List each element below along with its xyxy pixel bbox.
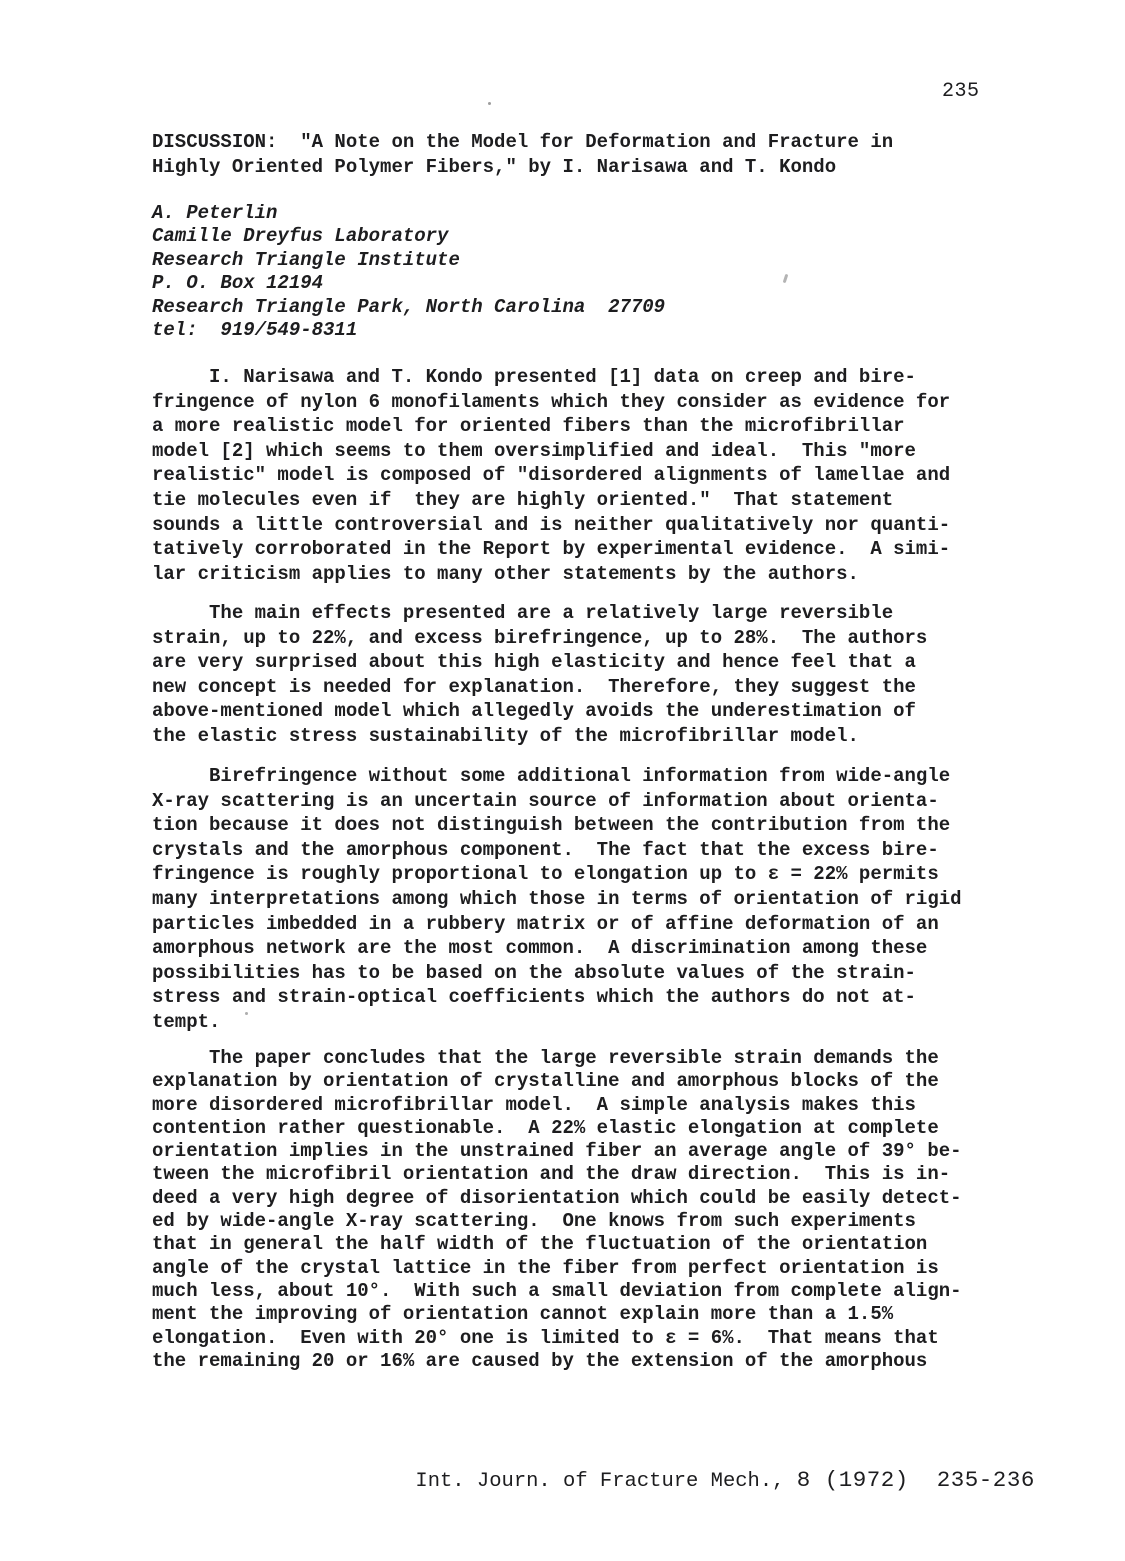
text-line: ment the improving of orientation cannot… (152, 1303, 962, 1326)
text-line: explanation by orientation of crystallin… (152, 1070, 962, 1093)
text-line: lar criticism applies to many other stat… (152, 562, 950, 587)
text-line: Research Triangle Institute (152, 249, 665, 272)
text-line: fringence of nylon 6 monofilaments which… (152, 390, 950, 415)
scan-speck (245, 1012, 248, 1015)
text-line: orientation implies in the unstrained fi… (152, 1140, 962, 1163)
text-line: that in general the half width of the fl… (152, 1233, 962, 1256)
paragraph-4: The paper concludes that the large rever… (152, 1047, 962, 1373)
text-line: I. Narisawa and T. Kondo presented [1] d… (152, 365, 950, 390)
text-line: particles imbedded in a rubbery matrix o… (152, 912, 962, 937)
text-line: tie molecules even if they are highly or… (152, 488, 950, 513)
journal-citation: Int. Journ. of Fracture Mech., (415, 1470, 796, 1493)
text-line: ed by wide-angle X-ray scattering. One k… (152, 1210, 962, 1233)
volume-and-pages: 8 (1972) 235-236 (797, 1467, 1035, 1493)
text-line: contention rather questionable. A 22% el… (152, 1117, 962, 1140)
text-line: realistic" model is composed of "disorde… (152, 463, 950, 488)
text-line: sounds a little controversial and is nei… (152, 513, 950, 538)
text-line: more disordered microfibrillar model. A … (152, 1094, 962, 1117)
text-line: elongation. Even with 20° one is limited… (152, 1327, 962, 1350)
text-line: model [2] which seems to them oversimpli… (152, 439, 950, 464)
text-line: P. O. Box 12194 (152, 272, 665, 295)
paragraph-3: Birefringence without some additional in… (152, 764, 962, 1035)
text-line: much less, about 10°. With such a small … (152, 1280, 962, 1303)
journal-footer: Int. Journ. of Fracture Mech., 8 (1972) … (377, 1449, 1035, 1511)
text-line: Camille Dreyfus Laboratory (152, 225, 665, 248)
text-line: possibilities has to be based on the abs… (152, 961, 962, 986)
text-line: the elastic stress sustainability of the… (152, 724, 927, 749)
text-line: X-ray scattering is an uncertain source … (152, 789, 962, 814)
text-line: tween the microfibril orientation and th… (152, 1163, 962, 1186)
text-line: deed a very high degree of disorientatio… (152, 1187, 962, 1210)
text-line: tempt. (152, 1010, 962, 1035)
text-line: stress and strain-optical coefficients w… (152, 985, 962, 1010)
text-line: many interpretations among which those i… (152, 887, 962, 912)
discussion-title: DISCUSSION: "A Note on the Model for Def… (152, 130, 893, 179)
text-line: new concept is needed for explanation. T… (152, 675, 927, 700)
text-line: Highly Oriented Polymer Fibers," by I. N… (152, 155, 893, 180)
text-line: The paper concludes that the large rever… (152, 1047, 962, 1070)
text-line: strain, up to 22%, and excess birefringe… (152, 626, 927, 651)
scan-speck (488, 102, 491, 105)
paragraph-2: The main effects presented are a relativ… (152, 601, 927, 749)
text-line: The main effects presented are a relativ… (152, 601, 927, 626)
text-line: amorphous network are the most common. A… (152, 936, 962, 961)
text-line: tel: 919/549-8311 (152, 319, 665, 342)
text-line: Research Triangle Park, North Carolina 2… (152, 296, 665, 319)
text-line: are very surprised about this high elast… (152, 650, 927, 675)
scan-speck (783, 274, 789, 283)
text-line: the remaining 20 or 16% are caused by th… (152, 1350, 962, 1373)
text-line: above-mentioned model which allegedly av… (152, 699, 927, 724)
scanned-page: 235 DISCUSSION: "A Note on the Model for… (0, 0, 1125, 1561)
author-address-block: A. PeterlinCamille Dreyfus LaboratoryRes… (152, 202, 665, 342)
text-line: angle of the crystal lattice in the fibe… (152, 1257, 962, 1280)
text-line: tion because it does not distinguish bet… (152, 813, 962, 838)
text-line: tatively corroborated in the Report by e… (152, 537, 950, 562)
page-number: 235 (942, 80, 980, 103)
text-line: a more realistic model for oriented fibe… (152, 414, 950, 439)
text-line: DISCUSSION: "A Note on the Model for Def… (152, 130, 893, 155)
paragraph-1: I. Narisawa and T. Kondo presented [1] d… (152, 365, 950, 586)
text-line: fringence is roughly proportional to elo… (152, 862, 962, 887)
text-line: Birefringence without some additional in… (152, 764, 962, 789)
text-line: A. Peterlin (152, 202, 665, 225)
text-line: crystals and the amorphous component. Th… (152, 838, 962, 863)
